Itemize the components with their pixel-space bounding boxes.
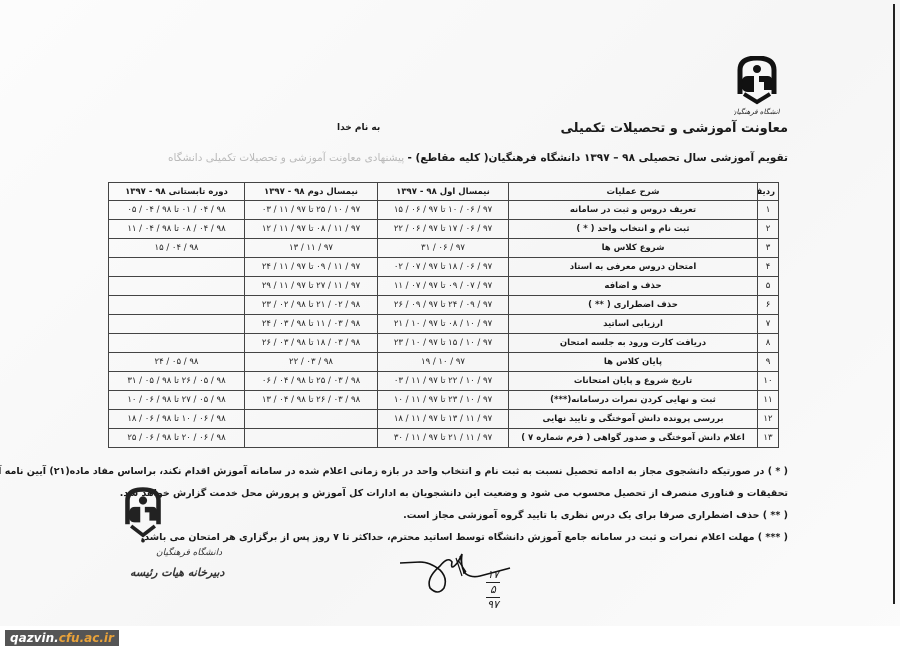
table-header-row: ردیف شرح عملیات نیمسال اول ۹۸ - ۱۳۹۷ نیم… xyxy=(109,183,779,201)
university-logo-icon: دانشگاه فرهنگیان xyxy=(734,56,780,118)
site-watermark: qazvin.cfu.ac.ir xyxy=(5,630,119,646)
row-term2: ۹۷ / ۱۱ / ۰۸ تا ۹۷ / ۱۱ / ۱۲ xyxy=(245,220,378,239)
document-title-main: تقویم آموزشی سال تحصیلی ۹۸ – ۱۳۹۷ دانشگا… xyxy=(407,152,788,164)
row-term2: ۹۸ / ۰۳ / ۲۵ تا ۹۸ / ۰۴ / ۰۶ xyxy=(245,372,378,391)
signature-date-year: ۹۷ xyxy=(486,600,500,610)
scan-bottom-margin xyxy=(0,626,900,656)
department-title: معاونت آموزشی و تحصیلات تکمیلی xyxy=(561,121,788,136)
table-row: ۳شروع کلاس ها۹۷ / ۰۶ / ۳۱۹۷ / ۱۱ / ۱۳۹۸ … xyxy=(109,239,779,258)
header-row-no: ردیف xyxy=(758,183,779,201)
row-description: ثبت و نهایی کردن نمرات درسامانه(***) xyxy=(509,391,758,410)
row-term1: ۹۷ / ۱۱ / ۲۱ تا ۹۷ / ۱۱ / ۳۰ xyxy=(378,429,509,448)
table-row: ۸دریافت کارت ورود به جلسه امتحان۹۷ / ۱۰ … xyxy=(109,334,779,353)
row-term2: ۹۸ / ۰۳ / ۱۱ تا ۹۸ / ۰۳ / ۲۴ xyxy=(245,315,378,334)
row-term1: ۹۷ / ۰۶ / ۱۰ تا ۹۷ / ۰۶ / ۱۵ xyxy=(378,201,509,220)
row-no: ۸ xyxy=(758,334,779,353)
row-summer xyxy=(109,296,245,315)
row-summer xyxy=(109,334,245,353)
row-no: ۵ xyxy=(758,277,779,296)
row-no: ۶ xyxy=(758,296,779,315)
row-term2: ۹۸ / ۰۳ / ۲۲ xyxy=(245,353,378,372)
document-title-faded: پیشنهادی معاونت آموزشی و تحصیلات تکمیلی … xyxy=(168,152,407,164)
row-term1: ۹۷ / ۰۶ / ۱۷ تا ۹۷ / ۰۶ / ۲۲ xyxy=(378,220,509,239)
stamp-logo-icon xyxy=(122,486,164,546)
row-description: اعلام دانش آموختگی و صدور گواهی ( فرم شم… xyxy=(509,429,758,448)
signature-date: ۱۷ ۵ ۹۷ xyxy=(486,570,500,610)
row-description: تعریف دروس و ثبت در سامانه xyxy=(509,201,758,220)
row-no: ۱ xyxy=(758,201,779,220)
bismillah-heading: به نام خدا xyxy=(337,123,380,133)
row-term1: ۹۷ / ۱۰ / ۱۵ تا ۹۷ / ۱۰ / ۲۳ xyxy=(378,334,509,353)
row-description: تاریخ شروع و پایان امتحانات xyxy=(509,372,758,391)
table-row: ۲ثبت نام و انتخاب واحد ( * )۹۷ / ۰۶ / ۱۷… xyxy=(109,220,779,239)
table-row: ۴امتحان دروس معرفی به استاد۹۷ / ۰۶ / ۱۸ … xyxy=(109,258,779,277)
table-row: ۶حذف اضطراری ( ** )۹۷ / ۰۹ / ۲۴ تا ۹۷ / … xyxy=(109,296,779,315)
row-summer xyxy=(109,258,245,277)
row-description: پایان کلاس ها xyxy=(509,353,758,372)
table-row: ۱۳اعلام دانش آموختگی و صدور گواهی ( فرم … xyxy=(109,429,779,448)
table-row: ۱تعریف دروس و ثبت در سامانه۹۷ / ۰۶ / ۱۰ … xyxy=(109,201,779,220)
row-term2: ۹۷ / ۱۱ / ۰۹ تا ۹۷ / ۱۱ / ۲۴ xyxy=(245,258,378,277)
row-no: ۱۳ xyxy=(758,429,779,448)
row-term2 xyxy=(245,410,378,429)
row-term1: ۹۷ / ۰۷ / ۰۹ تا ۹۷ / ۰۷ / ۱۱ xyxy=(378,277,509,296)
table-row: ۱۰تاریخ شروع و پایان امتحانات۹۷ / ۱۰ / ۲… xyxy=(109,372,779,391)
row-summer: ۹۸ / ۰۵ / ۲۷ تا ۹۸ / ۰۶ / ۱۰ xyxy=(109,391,245,410)
academic-calendar-table: ردیف شرح عملیات نیمسال اول ۹۸ - ۱۳۹۷ نیم… xyxy=(108,182,779,448)
row-no: ۱۲ xyxy=(758,410,779,429)
row-term1: ۹۷ / ۰۶ / ۳۱ xyxy=(378,239,509,258)
row-no: ۳ xyxy=(758,239,779,258)
row-no: ۹ xyxy=(758,353,779,372)
table-row: ۷ارزیابی اساتید۹۷ / ۱۰ / ۰۸ تا ۹۷ / ۱۰ /… xyxy=(109,315,779,334)
row-summer: ۹۸ / ۰۴ / ۰۸ تا ۹۸ / ۰۴ / ۱۱ xyxy=(109,220,245,239)
row-term2: ۹۸ / ۰۳ / ۲۶ تا ۹۸ / ۰۴ / ۱۳ xyxy=(245,391,378,410)
signature-date-day: ۱۷ xyxy=(486,570,500,580)
watermark-part-1: qazvin. xyxy=(10,631,59,645)
svg-text:دانشگاه فرهنگیان: دانشگاه فرهنگیان xyxy=(734,107,780,116)
row-term1: ۹۷ / ۱۰ / ۲۲ تا ۹۷ / ۱۱ / ۰۳ xyxy=(378,372,509,391)
row-summer: ۹۸ / ۰۴ / ۱۵ xyxy=(109,239,245,258)
row-summer: ۹۸ / ۰۵ / ۲۴ xyxy=(109,353,245,372)
row-description: دریافت کارت ورود به جلسه امتحان xyxy=(509,334,758,353)
row-summer: ۹۸ / ۰۶ / ۱۰ تا ۹۸ / ۰۶ / ۱۸ xyxy=(109,410,245,429)
row-term2: ۹۸ / ۰۳ / ۱۸ تا ۹۸ / ۰۳ / ۲۶ xyxy=(245,334,378,353)
secretariat-stamp: دانشگاه فرهنگیان دبیرخانه هیات رئیسه xyxy=(110,486,225,596)
row-summer xyxy=(109,315,245,334)
footnote-1: ( * ) در صورتیکه دانشجوی مجاز به ادامه ت… xyxy=(108,461,788,483)
row-no: ۷ xyxy=(758,315,779,334)
row-no: ۲ xyxy=(758,220,779,239)
row-term1: ۹۷ / ۱۰ / ۲۳ تا ۹۷ / ۱۱ / ۱۰ xyxy=(378,391,509,410)
row-description: ثبت نام و انتخاب واحد ( * ) xyxy=(509,220,758,239)
watermark-part-2: cfu.ac.ir xyxy=(59,631,114,645)
header-term2: نیمسال دوم ۹۸ - ۱۳۹۷ xyxy=(245,183,378,201)
table-row: ۱۱ثبت و نهایی کردن نمرات درسامانه(***)۹۷… xyxy=(109,391,779,410)
row-term1: ۹۷ / ۱۱ / ۱۳ تا ۹۷ / ۱۱ / ۱۸ xyxy=(378,410,509,429)
row-summer xyxy=(109,277,245,296)
row-no: ۱۱ xyxy=(758,391,779,410)
header-summer: دوره تابستانی ۹۸ - ۱۳۹۷ xyxy=(109,183,245,201)
row-term1: ۹۷ / ۰۶ / ۱۸ تا ۹۷ / ۰۷ / ۰۲ xyxy=(378,258,509,277)
row-term2: ۹۸ / ۰۲ / ۲۱ تا ۹۸ / ۰۲ / ۲۳ xyxy=(245,296,378,315)
row-term2: ۹۷ / ۱۰ / ۲۵ تا ۹۷ / ۱۱ / ۰۳ xyxy=(245,201,378,220)
header-description: شرح عملیات xyxy=(509,183,758,201)
row-description: امتحان دروس معرفی به استاد xyxy=(509,258,758,277)
row-no: ۱۰ xyxy=(758,372,779,391)
row-description: حذف و اضافه xyxy=(509,277,758,296)
row-description: بررسی پرونده دانش آموختگی و تایید نهایی xyxy=(509,410,758,429)
row-term1: ۹۷ / ۱۰ / ۰۸ تا ۹۷ / ۱۰ / ۲۱ xyxy=(378,315,509,334)
row-description: ارزیابی اساتید xyxy=(509,315,758,334)
row-summer: ۹۸ / ۰۴ / ۰۱ تا ۹۸ / ۰۴ / ۰۵ xyxy=(109,201,245,220)
scanned-page: دانشگاه فرهنگیان معاونت آموزشی و تحصیلات… xyxy=(0,0,900,656)
table-row: ۵حذف و اضافه۹۷ / ۰۷ / ۰۹ تا ۹۷ / ۰۷ / ۱۱… xyxy=(109,277,779,296)
document-title: تقویم آموزشی سال تحصیلی ۹۸ – ۱۳۹۷ دانشگا… xyxy=(168,152,788,164)
row-description: شروع کلاس ها xyxy=(509,239,758,258)
stamp-line-2: دبیرخانه هیات رئیسه xyxy=(130,566,224,579)
row-summer: ۹۸ / ۰۵ / ۲۶ تا ۹۸ / ۰۵ / ۳۱ xyxy=(109,372,245,391)
table-row: ۱۲بررسی پرونده دانش آموختگی و تایید نهای… xyxy=(109,410,779,429)
signature-date-month: ۵ xyxy=(486,585,500,595)
row-summer: ۹۸ / ۰۶ / ۲۰ تا ۹۸ / ۰۶ / ۲۵ xyxy=(109,429,245,448)
row-no: ۴ xyxy=(758,258,779,277)
row-description: حذف اضطراری ( ** ) xyxy=(509,296,758,315)
row-term1: ۹۷ / ۱۰ / ۱۹ xyxy=(378,353,509,372)
row-term2 xyxy=(245,429,378,448)
header-term1: نیمسال اول ۹۸ - ۱۳۹۷ xyxy=(378,183,509,201)
row-term2: ۹۷ / ۱۱ / ۲۷ تا ۹۷ / ۱۱ / ۲۹ xyxy=(245,277,378,296)
row-term2: ۹۷ / ۱۱ / ۱۳ xyxy=(245,239,378,258)
stamp-line-1: دانشگاه فرهنگیان xyxy=(156,548,222,558)
signature-icon xyxy=(400,548,520,598)
scan-edge-line xyxy=(893,4,895,604)
table-row: ۹پایان کلاس ها۹۷ / ۱۰ / ۱۹۹۸ / ۰۳ / ۲۲۹۸… xyxy=(109,353,779,372)
row-term1: ۹۷ / ۰۹ / ۲۴ تا ۹۷ / ۰۹ / ۲۶ xyxy=(378,296,509,315)
